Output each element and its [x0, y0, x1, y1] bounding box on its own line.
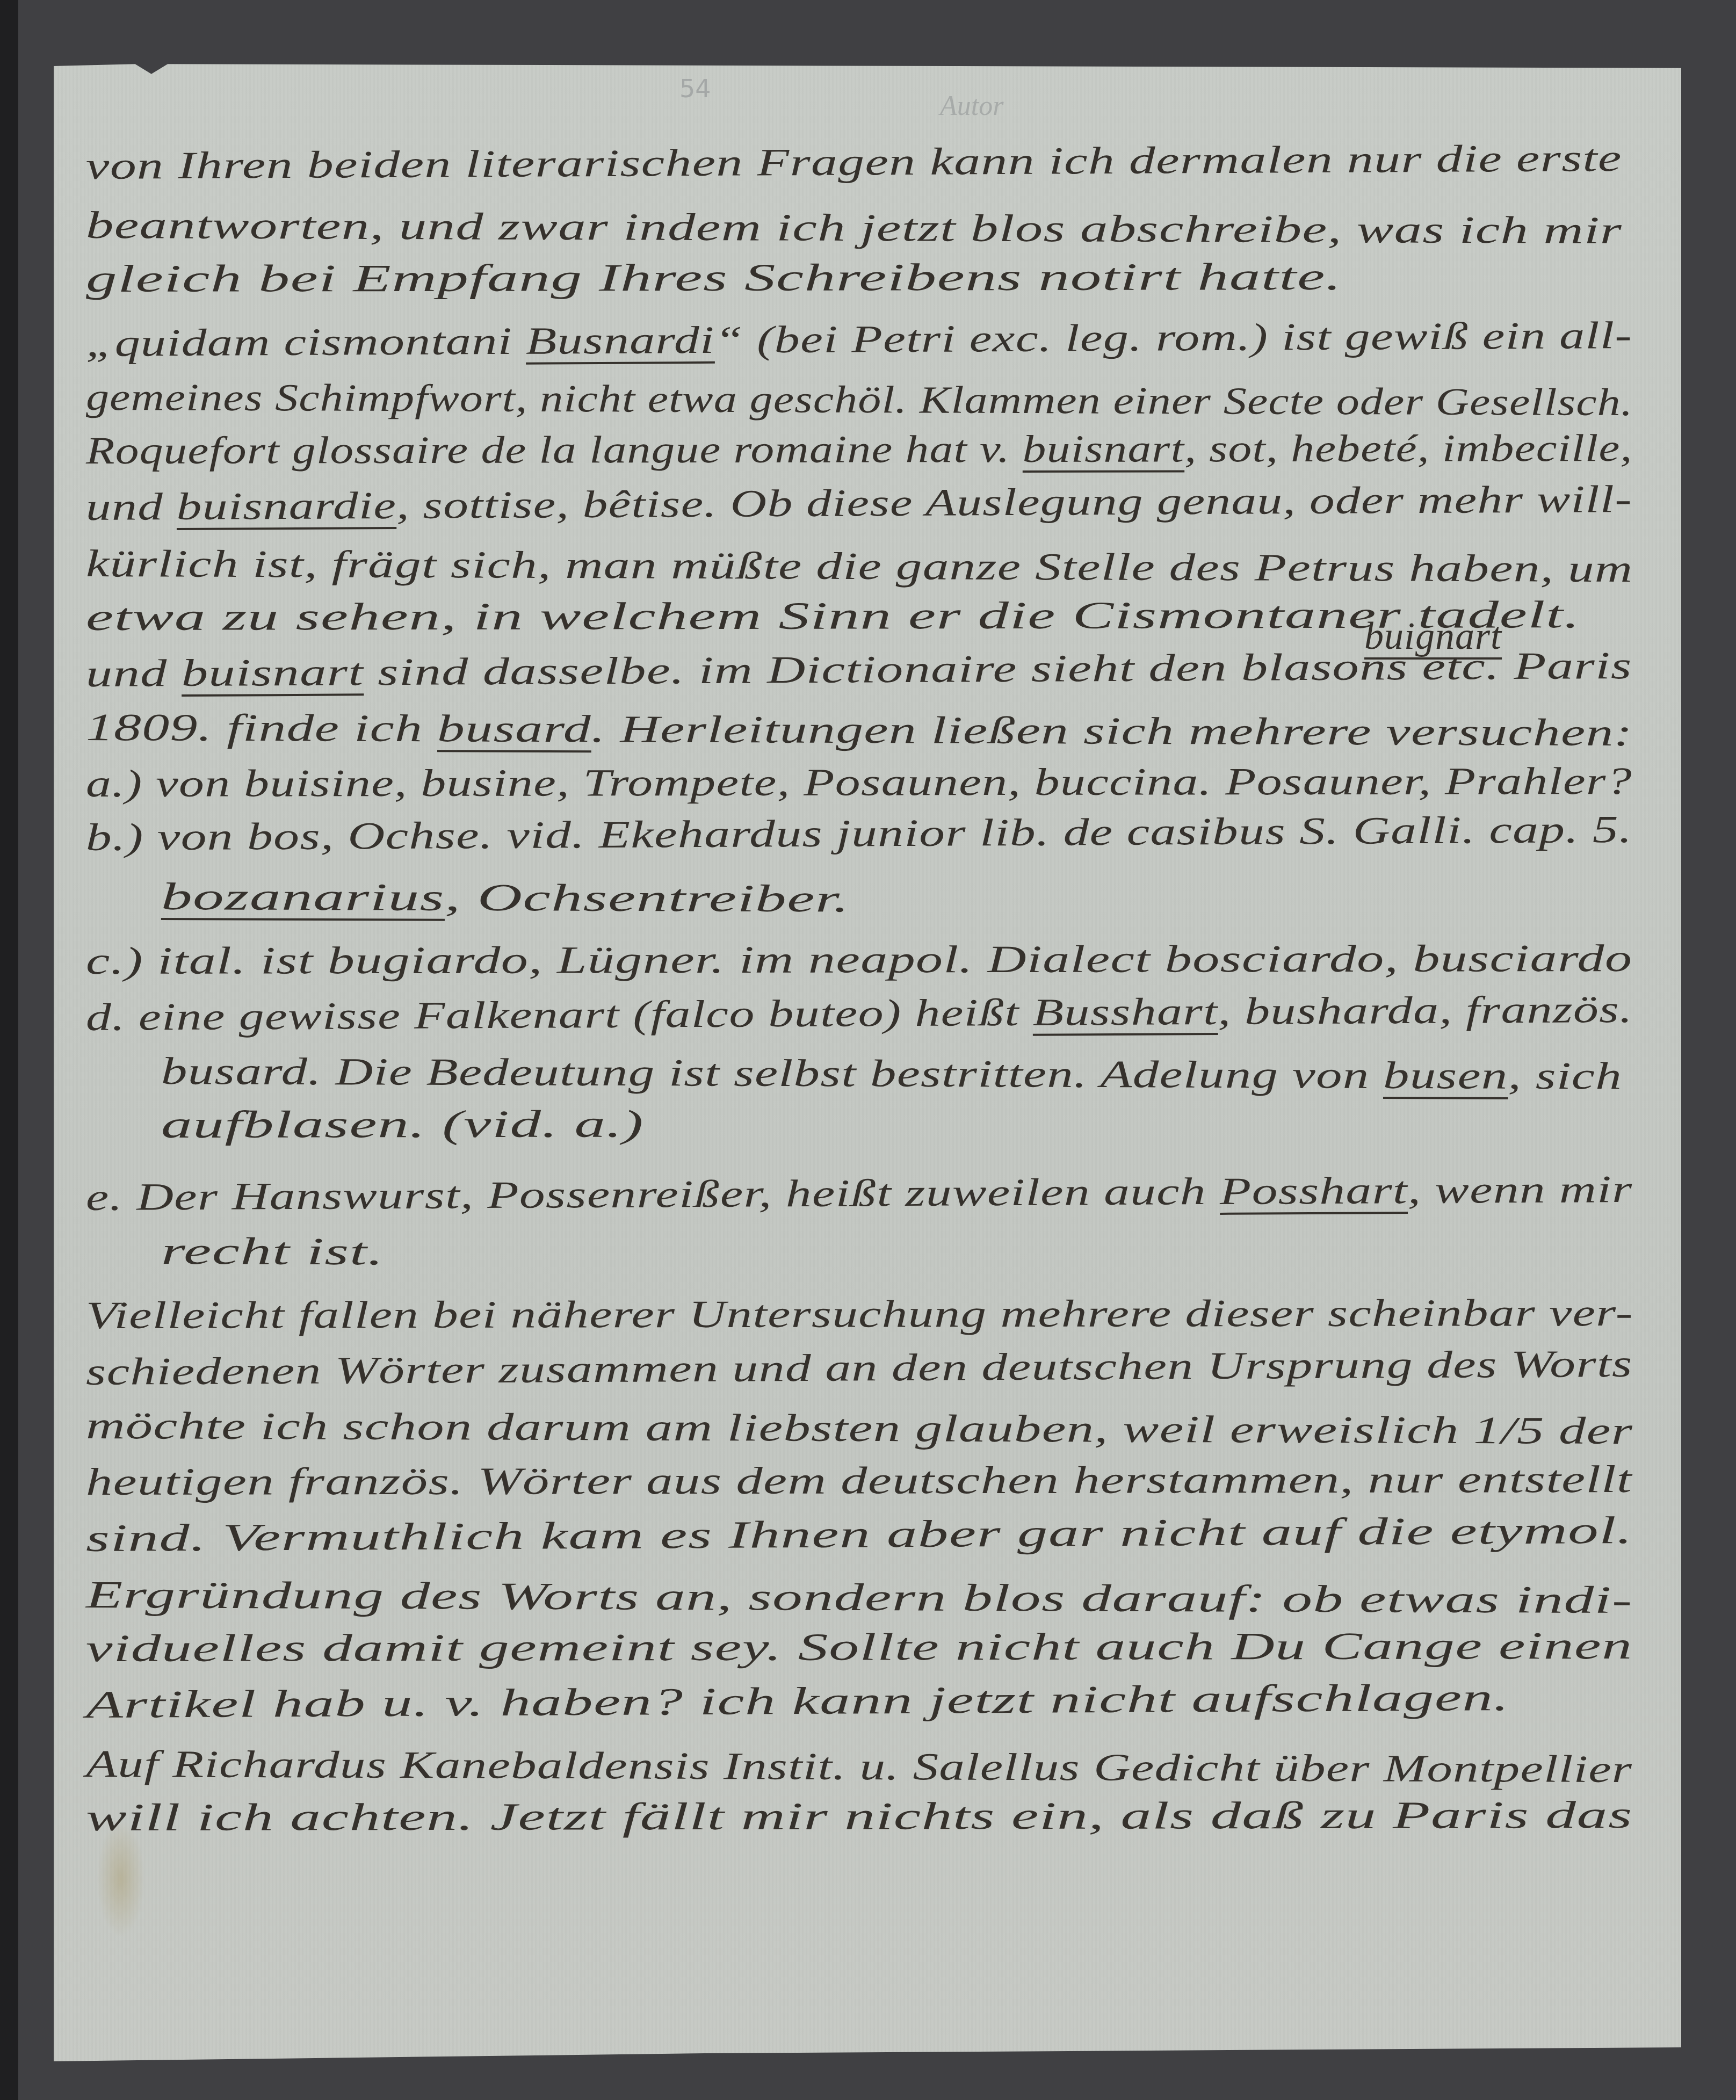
underlined-term: busard [437, 707, 591, 750]
line-text: , busharda, französ. [1218, 988, 1633, 1033]
line-text: schiedenen Wörter zusammen und an den de… [86, 1342, 1633, 1393]
underlined-term: busen [1383, 1054, 1508, 1097]
line-text: , wenn mir [1408, 1168, 1633, 1212]
line-text: , Ochsentreiber. [445, 876, 850, 921]
manuscript-line: „quidam cismontani Busnardi“ (bei Petri … [86, 313, 1632, 366]
manuscript-line: kürlich ist, frägt sich, man müßte die g… [86, 541, 1633, 591]
underlined-term: bozanarius [161, 875, 445, 919]
manuscript-line: Ergründung des Worts an, sondern blos da… [86, 1573, 1633, 1623]
line-text: aufblasen. (vid. a.) [161, 1102, 644, 1146]
line-text: busard. Die Bedeutung ist selbst bestrit… [161, 1049, 1383, 1097]
line-text: gleich bei Empfang Ihres Schreibens noti… [86, 255, 1342, 300]
manuscript-line: a.) von buisine, busine, Trompete, Posau… [86, 759, 1632, 806]
manuscript-line: und buisnardie, sottise, bêtise. Ob dies… [86, 477, 1632, 530]
line-text: Artikel hab u. v. haben? ich kann jetzt … [86, 1676, 1510, 1726]
line-text: Ergründung des Worts an, sondern blos da… [86, 1573, 1633, 1621]
manuscript-line: viduelles damit gemeint sey. Sollte nich… [86, 1624, 1633, 1671]
manuscript-line: e. Der Hanswurst, Possenreißer, heißt zu… [86, 1167, 1633, 1220]
line-text: möchte ich schon darum am liebsten glaub… [86, 1404, 1633, 1452]
line-text: , sot, hebeté, imbecille, [1184, 426, 1633, 470]
line-text: 1809. finde ich [86, 706, 437, 750]
underlined-term: Busnardi [526, 318, 715, 363]
line-text: gemeines Schimpfwort, nicht etwa geschöl… [86, 375, 1633, 424]
manuscript-line: heutigen französ. Wörter aus dem deutsch… [86, 1457, 1632, 1504]
line-text: , sich [1508, 1054, 1622, 1098]
line-text: e. Der Hanswurst, Possenreißer, heißt zu… [86, 1170, 1220, 1219]
manuscript-line: sind. Vermuthlich kam es Ihnen aber gar … [86, 1508, 1633, 1561]
line-text: sind dasselbe. im Dictionaire sieht den … [364, 644, 1632, 693]
line-text: “ (bei Petri exc. leg. rom.) ist gewiß e… [714, 314, 1632, 361]
manuscript-line: Vielleicht fallen bei näherer Untersuchu… [86, 1291, 1633, 1338]
manuscript-line: busard. Die Bedeutung ist selbst bestrit… [161, 1049, 1622, 1098]
underlined-term: buisnardie [177, 484, 397, 528]
manuscript-line: Roquefort glossaire de la langue romaine… [86, 426, 1633, 473]
line-text: Vielleicht fallen bei näherer Untersuchu… [86, 1291, 1633, 1337]
manuscript-line: 1809. finde ich busard. Herleitungen lie… [86, 705, 1633, 755]
line-text: und [86, 651, 182, 695]
line-text: heutigen französ. Wörter aus dem deutsch… [86, 1458, 1632, 1503]
line-text: will ich achten. Jetzt fällt mir nichts … [86, 1793, 1633, 1839]
manuscript-line: aufblasen. (vid. a.) [161, 1102, 644, 1147]
line-text: beantworten, und zwar indem ich jetzt bl… [86, 204, 1623, 252]
line-text: . Herleitungen ließen sich mehrere versu… [591, 707, 1633, 754]
line-text: a.) von buisine, busine, Trompete, Posau… [86, 759, 1632, 805]
line-text: „quidam cismontani [86, 320, 526, 365]
folio-number: 54 [679, 74, 711, 103]
manuscript-line: und buisnart sind dasselbe. im Dictionai… [86, 643, 1632, 696]
line-text: kürlich ist, frägt sich, man müßte die g… [86, 542, 1633, 590]
underlined-term: Busshart [1032, 990, 1218, 1034]
line-text: etwa zu sehen, in welchem Sinn er die Ci… [86, 593, 1580, 639]
underlined-term: Posshart [1220, 1169, 1408, 1213]
manuscript-page: 54 Autor von Ihren beiden literarischen … [54, 58, 1681, 2061]
manuscript-line: von Ihren beiden literarischen Fragen ka… [86, 136, 1622, 189]
manuscript-line: recht ist. [161, 1229, 384, 1274]
manuscript-line: möchte ich schon darum am liebsten glaub… [86, 1403, 1633, 1453]
line-text: , sottise, bêtise. Ob diese Auslegung ge… [396, 477, 1632, 527]
manuscript-line: gleich bei Empfang Ihres Schreibens noti… [86, 255, 1342, 301]
underlined-term: buisnart [1023, 427, 1185, 470]
manuscript-line: gemeines Schimpfwort, nicht etwa geschöl… [86, 375, 1633, 425]
manuscript-line: will ich achten. Jetzt fällt mir nichts … [86, 1793, 1633, 1840]
manuscript-line: etwa zu sehen, in welchem Sinn er die Ci… [86, 592, 1580, 640]
line-text: sind. Vermuthlich kam es Ihnen aber gar … [86, 1509, 1633, 1560]
line-text: Auf Richardus Kanebaldensis Instit. u. S… [86, 1742, 1632, 1791]
manuscript-line: b.) von bos, Ochse. vid. Ekehardus junio… [86, 807, 1633, 860]
line-text: d. eine gewisse Falkenart (falco buteo) … [86, 991, 1033, 1039]
line-text: viduelles damit gemeint sey. Sollte nich… [86, 1624, 1633, 1670]
manuscript-line: d. eine gewisse Falkenart (falco buteo) … [86, 987, 1633, 1040]
line-text: von Ihren beiden literarischen Fragen ka… [86, 136, 1622, 187]
line-text: c.) ital. ist bugiardo, Lügner. im neapo… [86, 937, 1632, 982]
binding-strip [0, 0, 18, 2100]
manuscript-line: beantworten, und zwar indem ich jetzt bl… [86, 203, 1623, 253]
manuscript-line: bozanarius, Ochsentreiber. [161, 874, 850, 921]
line-text: recht ist. [161, 1229, 384, 1273]
manuscript-line: Auf Richardus Kanebaldensis Instit. u. S… [86, 1742, 1632, 1792]
underlined-term: buisnart [182, 650, 364, 694]
manuscript-line: c.) ital. ist bugiardo, Lügner. im neapo… [86, 936, 1632, 983]
pencil-annotation: Autor [940, 90, 1003, 122]
manuscript-line: Artikel hab u. v. haben? ich kann jetzt … [86, 1675, 1510, 1727]
line-text: und [86, 485, 177, 528]
line-text: Roquefort glossaire de la langue romaine… [86, 428, 1023, 472]
manuscript-line: schiedenen Wörter zusammen und an den de… [86, 1342, 1633, 1394]
line-text: b.) von bos, Ochse. vid. Ekehardus junio… [86, 808, 1633, 859]
